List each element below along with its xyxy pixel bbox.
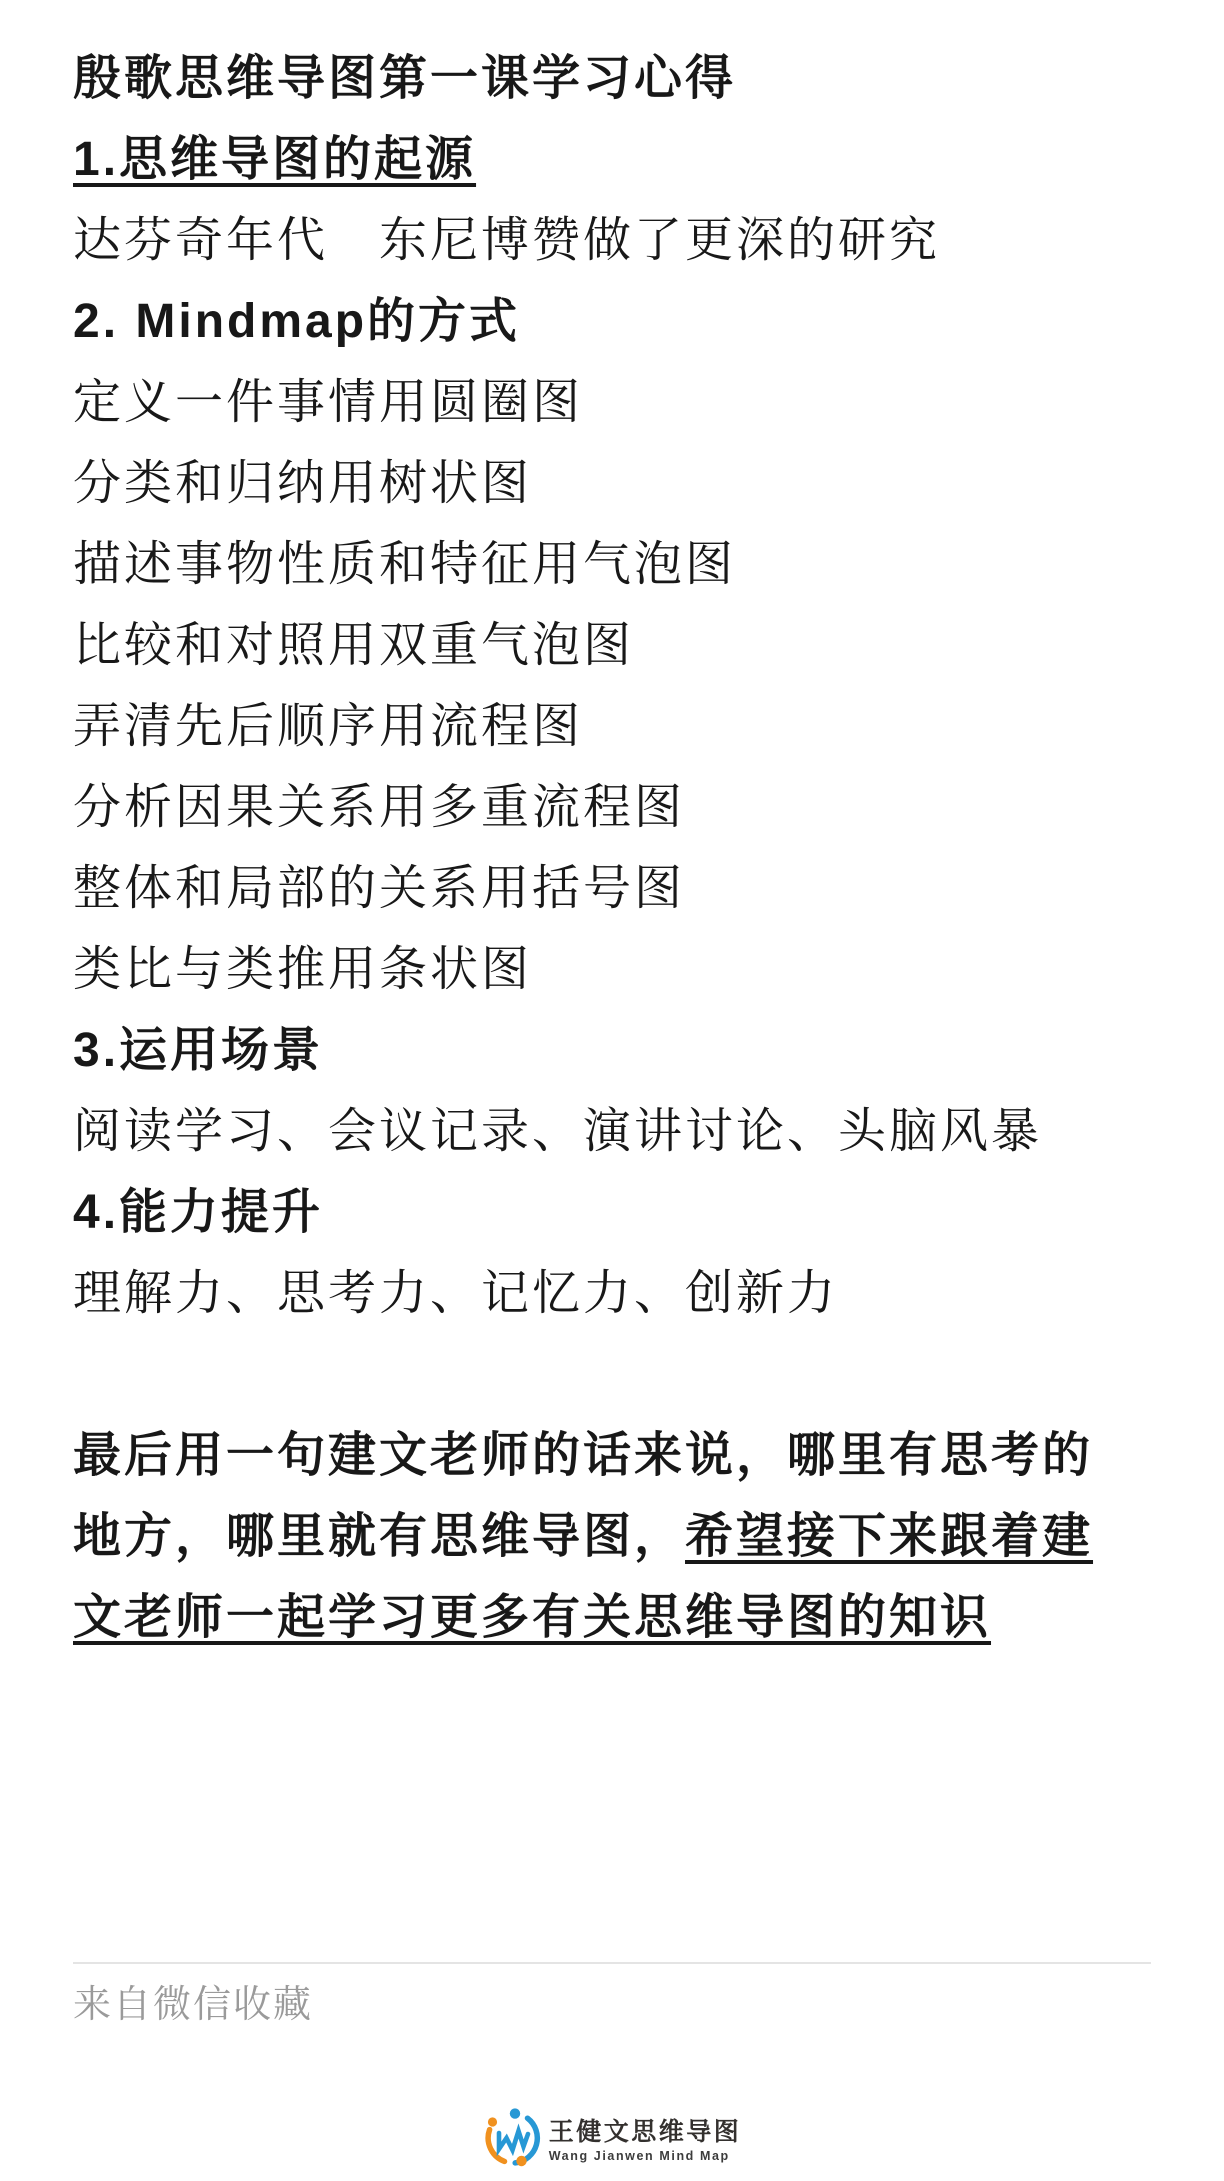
text-line: 类比与类推用条状图 [73, 929, 1151, 1010]
text-line: 殷歌思维导图第一课学习心得 [73, 38, 1151, 119]
text-line [73, 1334, 1151, 1415]
text-segment: 阅读学习、会议记录、演讲讨论、头脑风暴 [73, 1105, 1042, 1158]
text-segment: 分类和归纳用树状图 [73, 457, 532, 510]
text-segment: 3.运用场景 [73, 1024, 323, 1077]
brand-name-en: Wang Jianwen Mind Map [549, 2149, 742, 2163]
text-segment: 文老师一起学习更多有关思维导图的知识 [73, 1591, 991, 1644]
text-line: 最后用一句建文老师的话来说，哪里有思考的 [73, 1415, 1151, 1496]
text-line: 描述事物性质和特征用气泡图 [73, 524, 1151, 605]
text-segment: 定义一件事情用圆圈图 [73, 376, 583, 429]
text-segment: 1.思维导图的起源 [73, 133, 476, 186]
text-segment: 类比与类推用条状图 [73, 943, 532, 996]
text-line: 分类和归纳用树状图 [73, 443, 1151, 524]
text-segment: 分析因果关系用多重流程图 [73, 781, 685, 834]
text-line: 地方，哪里就有思维导图，希望接下来跟着建 [73, 1496, 1151, 1577]
text-segment: 达芬奇年代 东尼博赞做了更深的研究 [73, 214, 940, 267]
text-line: 整体和局部的关系用括号图 [73, 848, 1151, 929]
text-line: 1.思维导图的起源 [73, 119, 1151, 200]
mindmap-logo-icon [483, 2108, 543, 2173]
text-line: 阅读学习、会议记录、演讲讨论、头脑风暴 [73, 1091, 1151, 1172]
text-line: 分析因果关系用多重流程图 [73, 767, 1151, 848]
brand-logo: 王健文思维导图 Wang Jianwen Mind Map [73, 2108, 1151, 2173]
text-segment: 描述事物性质和特征用气泡图 [73, 538, 736, 591]
text-segment: 比较和对照用双重气泡图 [73, 619, 634, 672]
brand-text: 王健文思维导图 Wang Jianwen Mind Map [549, 2119, 742, 2163]
footer-divider [73, 1962, 1151, 1964]
note-page: 殷歌思维导图第一课学习心得1.思维导图的起源达芬奇年代 东尼博赞做了更深的研究2… [0, 0, 1224, 2181]
text-line: 文老师一起学习更多有关思维导图的知识 [73, 1577, 1151, 1658]
source-label: 来自微信收藏 [73, 1980, 1151, 2030]
text-segment: 殷歌思维导图第一课学习心得 [73, 52, 736, 105]
brand-name-cn: 王健文思维导图 [549, 2119, 742, 2145]
text-segment: 整体和局部的关系用括号图 [73, 862, 685, 915]
text-line: 理解力、思考力、记忆力、创新力 [73, 1253, 1151, 1334]
text-segment: 4.能力提升 [73, 1186, 323, 1239]
text-segment: 地方，哪里就有思维导图， [73, 1510, 685, 1563]
text-line: 2. Mindmap的方式 [73, 281, 1151, 362]
text-line: 比较和对照用双重气泡图 [73, 605, 1151, 686]
text-line: 定义一件事情用圆圈图 [73, 362, 1151, 443]
text-line: 弄清先后顺序用流程图 [73, 686, 1151, 767]
text-line: 4.能力提升 [73, 1172, 1151, 1253]
text-segment: 希望接下来跟着建 [685, 1510, 1093, 1563]
text-line: 3.运用场景 [73, 1010, 1151, 1091]
text-segment: 理解力、思考力、记忆力、创新力 [73, 1267, 838, 1320]
text-segment: 弄清先后顺序用流程图 [73, 700, 583, 753]
document-body: 殷歌思维导图第一课学习心得1.思维导图的起源达芬奇年代 东尼博赞做了更深的研究2… [73, 38, 1151, 1658]
text-segment: 最后用一句建文老师的话来说，哪里有思考的 [73, 1429, 1093, 1482]
text-segment: 2. Mindmap的方式 [73, 295, 520, 348]
text-line: 达芬奇年代 东尼博赞做了更深的研究 [73, 200, 1151, 281]
